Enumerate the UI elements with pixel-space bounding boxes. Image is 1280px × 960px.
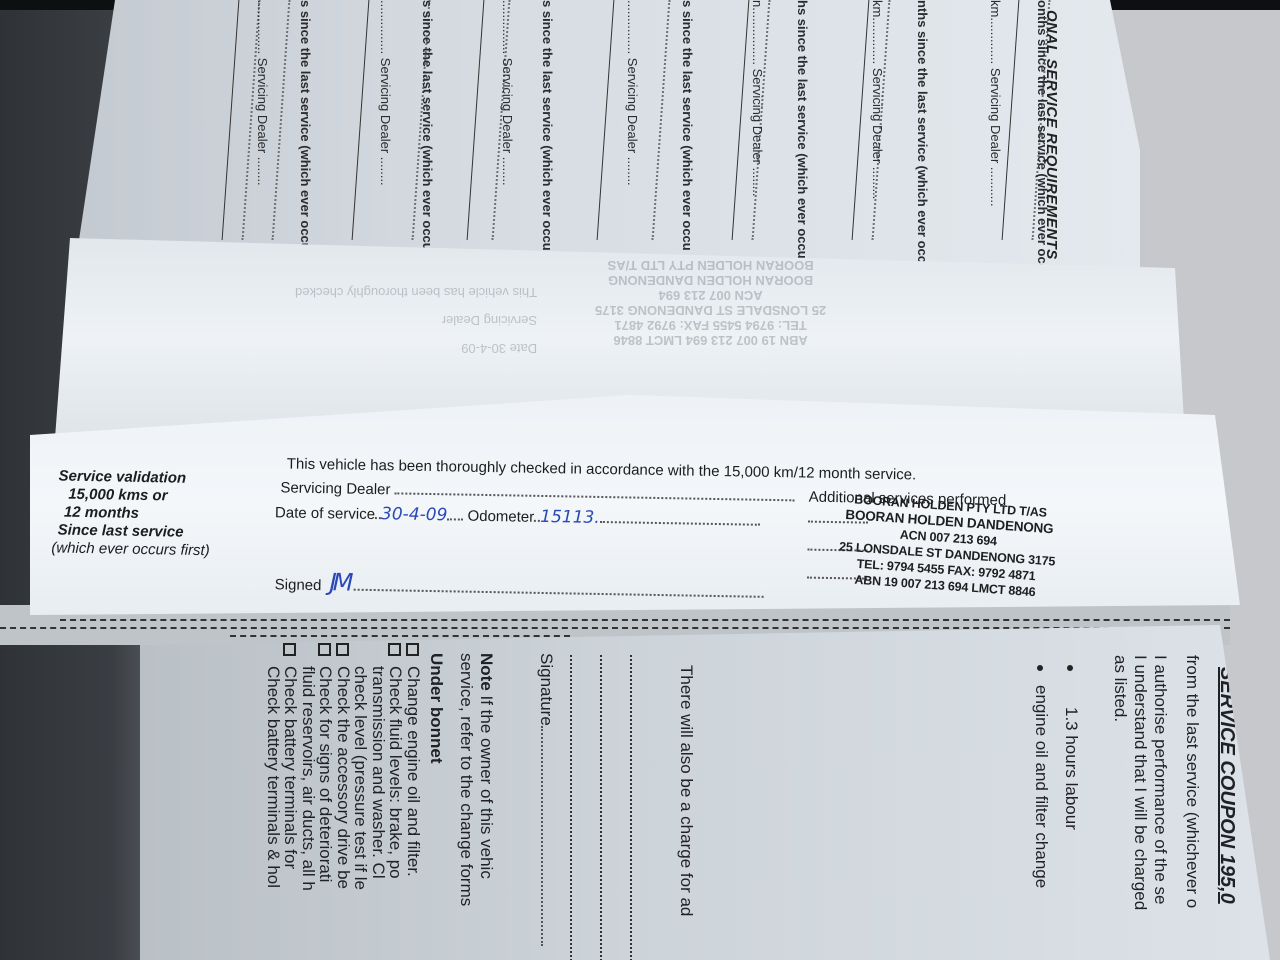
column-since-text: s since the last service (which ever occ…	[298, 0, 313, 251]
column-dealer-text: ............... Servicing Dealer .......…	[255, 0, 270, 186]
bullet-item: 1.3 hours labour	[1056, 665, 1086, 888]
owner-note: Note If the owner of this vehic service,…	[456, 653, 496, 906]
date-of-service-value: 30-4-09	[381, 504, 448, 525]
column-dealer-text: n................ Servicing Dealer .....…	[750, 0, 765, 197]
checklist-item[interactable]: Change engine oil and filter.	[405, 643, 423, 891]
column-dealer-text: ............... Servicing Dealer .......…	[378, 0, 393, 186]
checkbox-icon	[283, 643, 296, 656]
checkbox-icon	[406, 643, 419, 656]
checkbox-icon	[388, 643, 401, 656]
checklist-item[interactable]: Check for signs of deteriorati	[317, 643, 335, 891]
dealer-stamp: BOORAN HOLDEN PTY LTD T/AS BOORAN HOLDEN…	[836, 491, 1059, 602]
signed-field[interactable]: Signed JM	[275, 567, 764, 604]
column-rule	[852, 0, 870, 240]
signature-line[interactable]: Signature	[536, 653, 556, 946]
bullet-icon	[1037, 665, 1043, 671]
dotted-line	[630, 655, 632, 960]
checklist-item[interactable]: Check battery terminals for	[282, 643, 300, 891]
checklist-item[interactable]: Check fluid levels: brake, po	[387, 643, 405, 891]
column-since-text: nths since the last service (which ever …	[915, 0, 930, 271]
bullet-list: 1.3 hours labour engine oil and filter c…	[1026, 665, 1086, 888]
column-dealer-text: km............. Servicing Dealer .......…	[988, 0, 1003, 207]
column-rule	[352, 0, 370, 240]
under-bonnet-checklist: Change engine oil and filter. Check flui…	[265, 643, 423, 891]
extra-charge-text: There will also be a charge for ad	[676, 665, 696, 916]
authorisation-text: I authorise performance of the se I unde…	[1110, 655, 1170, 910]
service-coupon-page: SERVICE COUPON 195,0 from the last servi…	[140, 625, 1270, 960]
column-rule	[732, 0, 750, 240]
column-since-text: s since the last service (which ever occ…	[540, 0, 555, 251]
mirrored-stamp-imprint: ABN 19 007 213 694 LMCT 8846 TEL: 9794 5…	[595, 258, 826, 348]
date-of-service-field[interactable]: Date of service30-4-09 Odometer15113.	[275, 502, 760, 530]
validation-statement: This vehicle has been thoroughly checked…	[287, 455, 917, 483]
column-since-text: s since the last service (which ever occ…	[420, 0, 435, 251]
service-validation-slip: Service validation 15,000 kms or 12 mont…	[30, 395, 1240, 615]
dotted-line	[570, 655, 572, 960]
perforation-line	[230, 635, 570, 637]
signature-value: JM	[329, 568, 349, 596]
validation-label: Service validation 15,000 kms or 12 mont…	[57, 468, 211, 561]
under-bonnet-heading: Under bonnet	[426, 653, 446, 764]
bullet-item: engine oil and filter change	[1026, 665, 1056, 888]
mirrored-form-imprint: Date 30-4-09 Servicing Dealer This vehic…	[295, 278, 537, 362]
checkbox-icon	[336, 643, 349, 656]
requirements-heading: ONAL SERVICE REQUIREMENTS	[1043, 10, 1060, 260]
column-rule	[467, 0, 485, 240]
column-since-text: s since the last service (which ever occ…	[680, 0, 695, 251]
column-dealer-text: ............... Servicing Dealer .......…	[625, 0, 640, 186]
column-dealer-text: ............... Servicing Dealer .......…	[500, 0, 515, 186]
checkbox-icon	[318, 643, 331, 656]
dotted-line	[600, 655, 602, 960]
checklist-item[interactable]: Check the accessory drive be	[335, 643, 353, 891]
column-dealer-text: km............. Servicing Dealer .......…	[870, 0, 885, 199]
coupon-subtitle: from the last service (whichever o	[1182, 655, 1202, 908]
column-rule	[222, 0, 240, 240]
odometer-label: Odometer	[467, 508, 534, 526]
odometer-value: 15113.	[540, 507, 600, 528]
perforation-line	[60, 619, 1230, 621]
bullet-icon	[1067, 665, 1073, 671]
column-rule	[597, 0, 615, 240]
column-since-text: hs since the last service (which ever oc…	[795, 0, 810, 259]
